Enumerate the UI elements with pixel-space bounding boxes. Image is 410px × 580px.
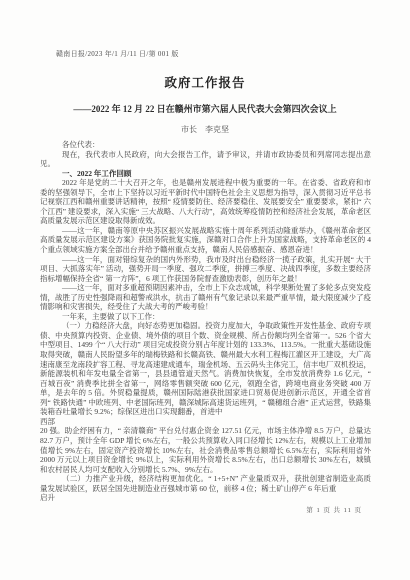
- page-number: 第 1 页 共 11 页: [306, 505, 362, 514]
- paragraph: ——这一年，赣南等原中央苏区振兴发展战略实施十周年系列活动隆重举办，《赣州革命老…: [40, 226, 371, 255]
- body-paragraphs: 各位代表：现在，我代表市人民政府，向大会报告工作，请予审议，并请市政协委员和列席…: [40, 140, 371, 503]
- paragraph: ——这一年，面对错综复杂的国内外形势，我市及时出台稳经济一揽子政策，扎实开展“ …: [40, 255, 371, 284]
- paragraph: 一、2022 年工作回顾: [40, 169, 371, 179]
- document-page: 赣南日报/2023 年/1 月/11 日/第 001 版 政府工作报告 ——20…: [0, 0, 410, 580]
- paragraph: （二）力推产业升级，经济结构更加优化。“ 1+5+N” 产业量质双升，获批创建省…: [40, 474, 371, 493]
- report-title: 政府工作报告: [0, 73, 410, 91]
- paragraph: 现在，我代表市人民政府，向大会报告工作，请予审议，并请市政协委员和列席同志提出意…: [40, 150, 371, 169]
- paragraph: 20 强。助企纾困有力，“ 亲清赣商” 平台兑付惠企资金 127.51 亿元，市…: [40, 426, 371, 474]
- paragraph: ——这一年，面对多重超预期因素冲击，全市上下众志成城，科学果断处置了多轮多点突发…: [40, 283, 371, 312]
- report-subtitle: ——2022 年 12 月 22 日在赣州市第六届人民代表大会第四次会议上: [0, 102, 410, 115]
- newspaper-meta: 赣南日报/2023 年/1 月/11 日/第 001 版: [56, 49, 179, 59]
- paragraph: 2022 年是党的二十大召开之年，也是赣州发展进程中极为重要的一年。在省委、省政…: [40, 178, 371, 226]
- byline-mayor: 市长 李克坚: [0, 124, 410, 135]
- paragraph: 西部: [40, 417, 371, 427]
- paragraph: （一）力稳经济大盘，向好态势更加稳固。投资力度加大，争取政策性开发性基金、政府专…: [40, 321, 371, 416]
- paragraph: 启升: [40, 493, 371, 503]
- paragraph: 一年来，主要做了以下工作：: [40, 312, 371, 322]
- paragraph: 各位代表：: [40, 140, 371, 150]
